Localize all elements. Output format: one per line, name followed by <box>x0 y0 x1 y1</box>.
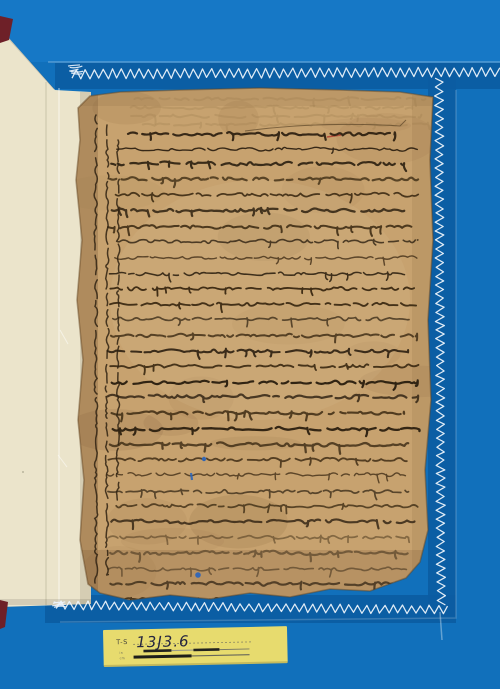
label-scale-bars <box>103 626 288 667</box>
parchment-fragment <box>57 88 478 620</box>
manuscript-photo: T-S 13J3.6 in cm <box>0 0 500 689</box>
photo-stage: T-S 13J3.6 in cm <box>0 0 500 689</box>
label-shelfmark-handwritten: 13J3.6 <box>136 632 190 651</box>
guard-book-page <box>0 28 91 607</box>
label-unit-cm: cm <box>120 656 126 660</box>
label-prefix: T-S <box>115 638 128 646</box>
shelfmark-label: T-S 13J3.6 in cm <box>103 626 288 667</box>
label-unit-in: in <box>119 651 123 655</box>
